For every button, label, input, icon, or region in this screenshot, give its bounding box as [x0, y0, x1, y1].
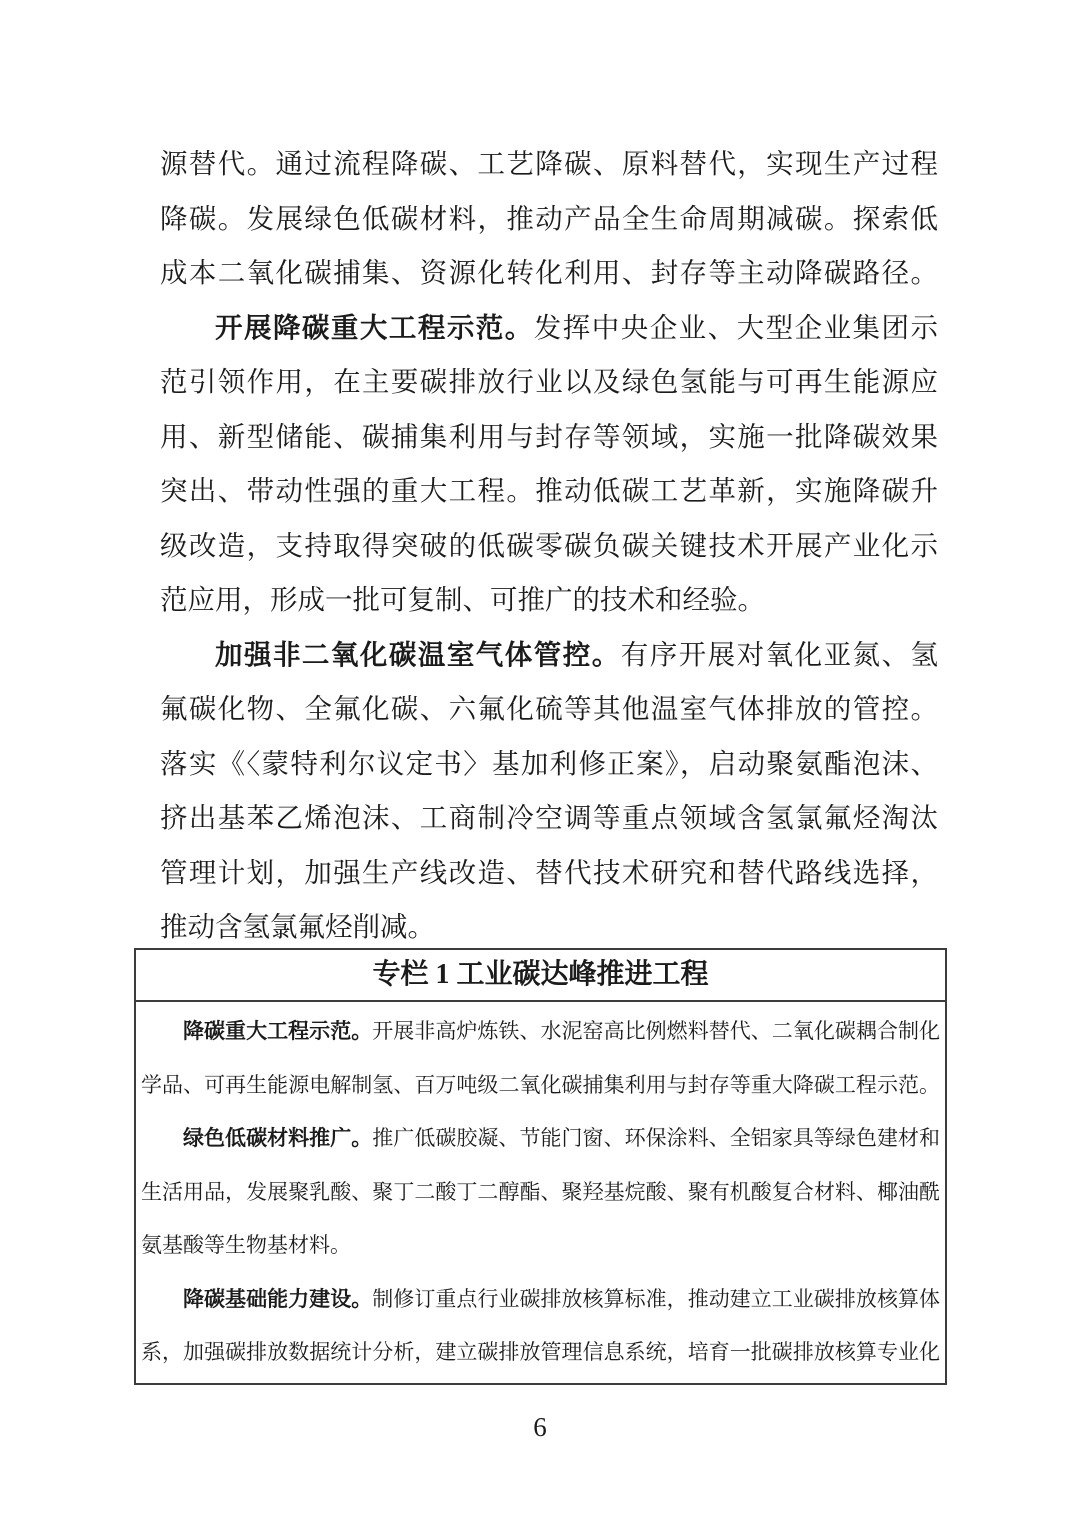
text-line: 级改造，支持取得突破的低碳零碳负碳关键技术开展产业化示: [160, 519, 938, 574]
line-text: 制修订重点行业碳排放核算标准，推动建立工业碳排放核算体: [372, 1287, 940, 1311]
line-text: 范应用，形成一批可复制、可推广的技术和经验。: [160, 584, 765, 615]
line-text: 挤出基苯乙烯泡沫、工商制冷空调等重点领域含氢氯氟烃淘汰: [160, 802, 938, 833]
body-text-block: 源替代。通过流程降碳、工艺降碳、原料替代，实现生产过程 降碳。发展绿色低碳材料，…: [160, 137, 938, 955]
line-text: 推广低碳胶凝、节能门窗、环保涂料、全铝家具等绿色建材和: [372, 1126, 940, 1150]
line-text: 氟碳化物、全氟化碳、六氟化硫等其他温室气体排放的管控。: [160, 693, 938, 724]
line-text: 用、新型储能、碳捕集利用与封存等领域，实施一批降碳效果: [160, 421, 938, 452]
bold-lead: 降碳重大工程示范。: [183, 1019, 372, 1043]
text-line: 范引领作用，在主要碳排放行业以及绿色氢能与可再生能源应: [160, 355, 938, 410]
line-text: 源替代。通过流程降碳、工艺降碳、原料替代，实现生产过程: [160, 148, 938, 179]
text-line: 落实《〈蒙特利尔议定书〉基加利修正案》，启动聚氨酯泡沫、: [160, 737, 938, 792]
line-text: 降碳。发展绿色低碳材料，推动产品全生命周期减碳。探索低: [160, 203, 938, 234]
callout-box: 专栏 1 工业碳达峰推进工程 降碳重大工程示范。开展非高炉炼铁、水泥窑高比例燃料…: [134, 948, 947, 1385]
line-text: 有序开展对氧化亚氮、氢: [621, 639, 938, 670]
page-number: 6: [0, 1412, 1080, 1443]
callout-line: 学品、可再生能源电解制氢、百万吨级二氧化碳捕集利用与封存等重大降碳工程示范。: [141, 1059, 940, 1113]
callout-box-body: 降碳重大工程示范。开展非高炉炼铁、水泥窑高比例燃料替代、二氧化碳耦合制化 学品、…: [136, 1002, 945, 1380]
bold-lead: 加强非二氧化碳温室气体管控。: [215, 639, 621, 670]
text-line: 加强非二氧化碳温室气体管控。有序开展对氧化亚氮、氢: [160, 628, 938, 683]
text-line: 用、新型储能、碳捕集利用与封存等领域，实施一批降碳效果: [160, 410, 938, 465]
callout-box-title: 专栏 1 工业碳达峰推进工程: [136, 950, 945, 1002]
line-text: 范引领作用，在主要碳排放行业以及绿色氢能与可再生能源应: [160, 366, 938, 397]
line-text: 氨基酸等生物基材料。: [141, 1233, 351, 1257]
text-line: 管理计划，加强生产线改造、替代技术研究和替代路线选择，: [160, 846, 938, 901]
line-text: 成本二氧化碳捕集、资源化转化利用、封存等主动降碳路径。: [160, 257, 938, 288]
line-text: 管理计划，加强生产线改造、替代技术研究和替代路线选择，: [160, 857, 938, 888]
line-text: 学品、可再生能源电解制氢、百万吨级二氧化碳捕集利用与封存等重大降碳工程示范。: [141, 1073, 940, 1097]
line-text: 开展非高炉炼铁、水泥窑高比例燃料替代、二氧化碳耦合制化: [372, 1019, 940, 1043]
line-text: 级改造，支持取得突破的低碳零碳负碳关键技术开展产业化示: [160, 530, 938, 561]
callout-line: 生活用品，发展聚乳酸、聚丁二酸丁二醇酯、聚羟基烷酸、聚有机酸复合材料、椰油酰: [141, 1166, 940, 1220]
bold-lead: 降碳基础能力建设。: [183, 1287, 372, 1311]
line-text: 发挥中央企业、大型企业集团示: [534, 312, 938, 343]
text-line: 开展降碳重大工程示范。发挥中央企业、大型企业集团示: [160, 301, 938, 356]
text-line: 突出、带动性强的重大工程。推动低碳工艺革新，实施降碳升: [160, 464, 938, 519]
line-text: 系，加强碳排放数据统计分析，建立碳排放管理信息系统，培育一批碳排放核算专业化: [141, 1340, 940, 1364]
line-text: 落实《〈蒙特利尔议定书〉基加利修正案》，启动聚氨酯泡沫、: [160, 748, 938, 779]
callout-line: 降碳重大工程示范。开展非高炉炼铁、水泥窑高比例燃料替代、二氧化碳耦合制化: [141, 1005, 940, 1059]
line-text: 推动含氢氯氟烃削减。: [160, 911, 435, 942]
text-line: 降碳。发展绿色低碳材料，推动产品全生命周期减碳。探索低: [160, 192, 938, 247]
document-page: 源替代。通过流程降碳、工艺降碳、原料替代，实现生产过程 降碳。发展绿色低碳材料，…: [0, 0, 1080, 1527]
callout-line: 系，加强碳排放数据统计分析，建立碳排放管理信息系统，培育一批碳排放核算专业化: [141, 1326, 940, 1380]
text-line: 范应用，形成一批可复制、可推广的技术和经验。: [160, 573, 938, 628]
text-line: 挤出基苯乙烯泡沫、工商制冷空调等重点领域含氢氯氟烃淘汰: [160, 791, 938, 846]
text-line: 成本二氧化碳捕集、资源化转化利用、封存等主动降碳路径。: [160, 246, 938, 301]
line-text: 突出、带动性强的重大工程。推动低碳工艺革新，实施降碳升: [160, 475, 938, 506]
text-line: 推动含氢氯氟烃削减。: [160, 900, 938, 955]
callout-line: 氨基酸等生物基材料。: [141, 1219, 940, 1273]
callout-line: 降碳基础能力建设。制修订重点行业碳排放核算标准，推动建立工业碳排放核算体: [141, 1273, 940, 1327]
text-line: 源替代。通过流程降碳、工艺降碳、原料替代，实现生产过程: [160, 137, 938, 192]
bold-lead: 绿色低碳材料推广。: [183, 1126, 372, 1150]
text-line: 氟碳化物、全氟化碳、六氟化硫等其他温室气体排放的管控。: [160, 682, 938, 737]
callout-line: 绿色低碳材料推广。推广低碳胶凝、节能门窗、环保涂料、全铝家具等绿色建材和: [141, 1112, 940, 1166]
bold-lead: 开展降碳重大工程示范。: [215, 312, 534, 343]
line-text: 生活用品，发展聚乳酸、聚丁二酸丁二醇酯、聚羟基烷酸、聚有机酸复合材料、椰油酰: [141, 1180, 940, 1204]
